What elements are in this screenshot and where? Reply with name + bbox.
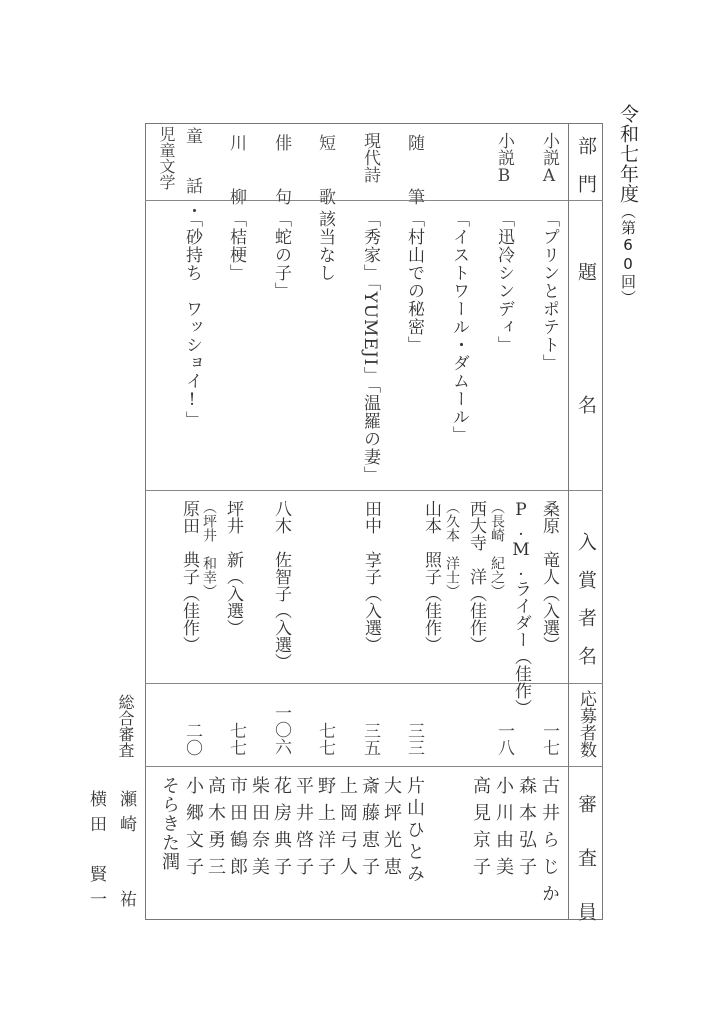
header-entries: 応募者数: [577, 690, 594, 758]
judge-name: 市田鶴郎: [228, 776, 246, 884]
round-number: （第60回）: [619, 204, 637, 306]
header-work-title: 題 名: [576, 262, 595, 414]
divider-category: [145, 200, 603, 201]
judge-name: 大坪光恵: [382, 776, 400, 884]
winner-name: 坪井 新（入選）: [224, 500, 241, 636]
work-title: 「蛇の子」: [272, 210, 289, 300]
winner-name: 八木 佐智子（入選）: [272, 500, 289, 670]
winner-real-name: （久本 洋士）: [445, 500, 459, 598]
work-title: 「村山での秘密」: [405, 210, 422, 354]
work-title: 「桔梗」: [227, 210, 244, 282]
judge-name: 柴田奈美: [250, 776, 268, 884]
year-title: 令和七年度: [617, 104, 639, 204]
overall-judge-name: 瀬崎 祐: [117, 790, 134, 915]
category-senryu: 川 柳: [227, 134, 244, 215]
work-title: 該当なし: [316, 210, 333, 282]
category-novel-a: 小説A: [540, 132, 557, 186]
header-column-divider: [568, 123, 569, 920]
divider-winner: [145, 683, 603, 684]
winner-name: 西大寺 洋（佳作）: [467, 500, 484, 653]
work-title: 「イストワール・ダムール」: [450, 210, 467, 444]
overall-judge-name: 横田 賢一: [87, 790, 104, 915]
judge-name: 高木勇三: [206, 776, 224, 884]
divider-title: [145, 490, 603, 491]
overall-judges-label: 総合審査: [117, 694, 133, 758]
judge-name: 森本弘子: [517, 776, 535, 884]
category-essay: 随 筆: [405, 134, 422, 215]
work-title: 「砂持ち ワッショイ!」: [183, 210, 200, 429]
judge-name: そらきた潤: [160, 776, 178, 871]
category-tanka: 短 歌: [316, 134, 333, 215]
winner-name: 桑原 竜人（入選）: [540, 500, 557, 653]
judge-name: 花房典子: [272, 776, 290, 884]
winner-name: P.M.ライダー（佳作）: [512, 500, 529, 716]
judge-name: 平井啓子: [294, 776, 312, 884]
winner-real-name: （長崎 紀之）: [490, 500, 504, 598]
entry-count: 一七: [540, 722, 557, 756]
category-haiku: 俳 句: [272, 134, 289, 215]
work-title: 「迅冷シンディ」: [495, 210, 512, 354]
entry-count: 三五: [361, 722, 378, 756]
entry-count: 二〇: [183, 722, 200, 756]
judge-name: 斎藤恵子: [360, 776, 378, 884]
entry-count: 三三: [405, 722, 422, 756]
judge-name: 古井らじか: [540, 776, 558, 911]
category-modern-poetry: 現代詩: [361, 132, 378, 183]
judge-name: 高見京子: [471, 776, 489, 884]
document-title: 令和七年度（第60回）: [618, 104, 637, 306]
work-title: 「秀家」「YUMEJI」「温羅の妻」: [361, 210, 378, 484]
entry-count: 一八: [495, 722, 512, 756]
winner-name: 田中 享子（入選）: [362, 500, 379, 653]
winner-name: 原田 典子（佳作）: [180, 500, 197, 653]
divider-entries: [145, 766, 603, 767]
header-category: 部 門: [576, 136, 595, 193]
entry-count: 一〇六: [272, 704, 289, 755]
judge-name: 小郷文子: [184, 776, 202, 884]
entry-count: 七七: [227, 722, 244, 756]
winner-name: 山本 照子（佳作）: [422, 500, 439, 653]
judge-name: 上岡弓人: [338, 776, 356, 884]
judge-name: 野上洋子: [316, 776, 334, 884]
work-title: 「プリンとポテト」: [540, 210, 557, 372]
header-judges: 審 査 員: [576, 794, 595, 929]
winner-real-name: （坪井 和幸）: [202, 500, 216, 598]
judge-name: 片山ひとみ: [405, 776, 423, 886]
category-novel-b: 小説B: [495, 132, 512, 186]
header-winner: 入 賞 者 名: [576, 532, 595, 665]
entry-count: 七七: [316, 722, 333, 756]
category-childrens-lit: 児童文学: [158, 126, 174, 190]
judge-name: 小川由美: [494, 776, 512, 884]
